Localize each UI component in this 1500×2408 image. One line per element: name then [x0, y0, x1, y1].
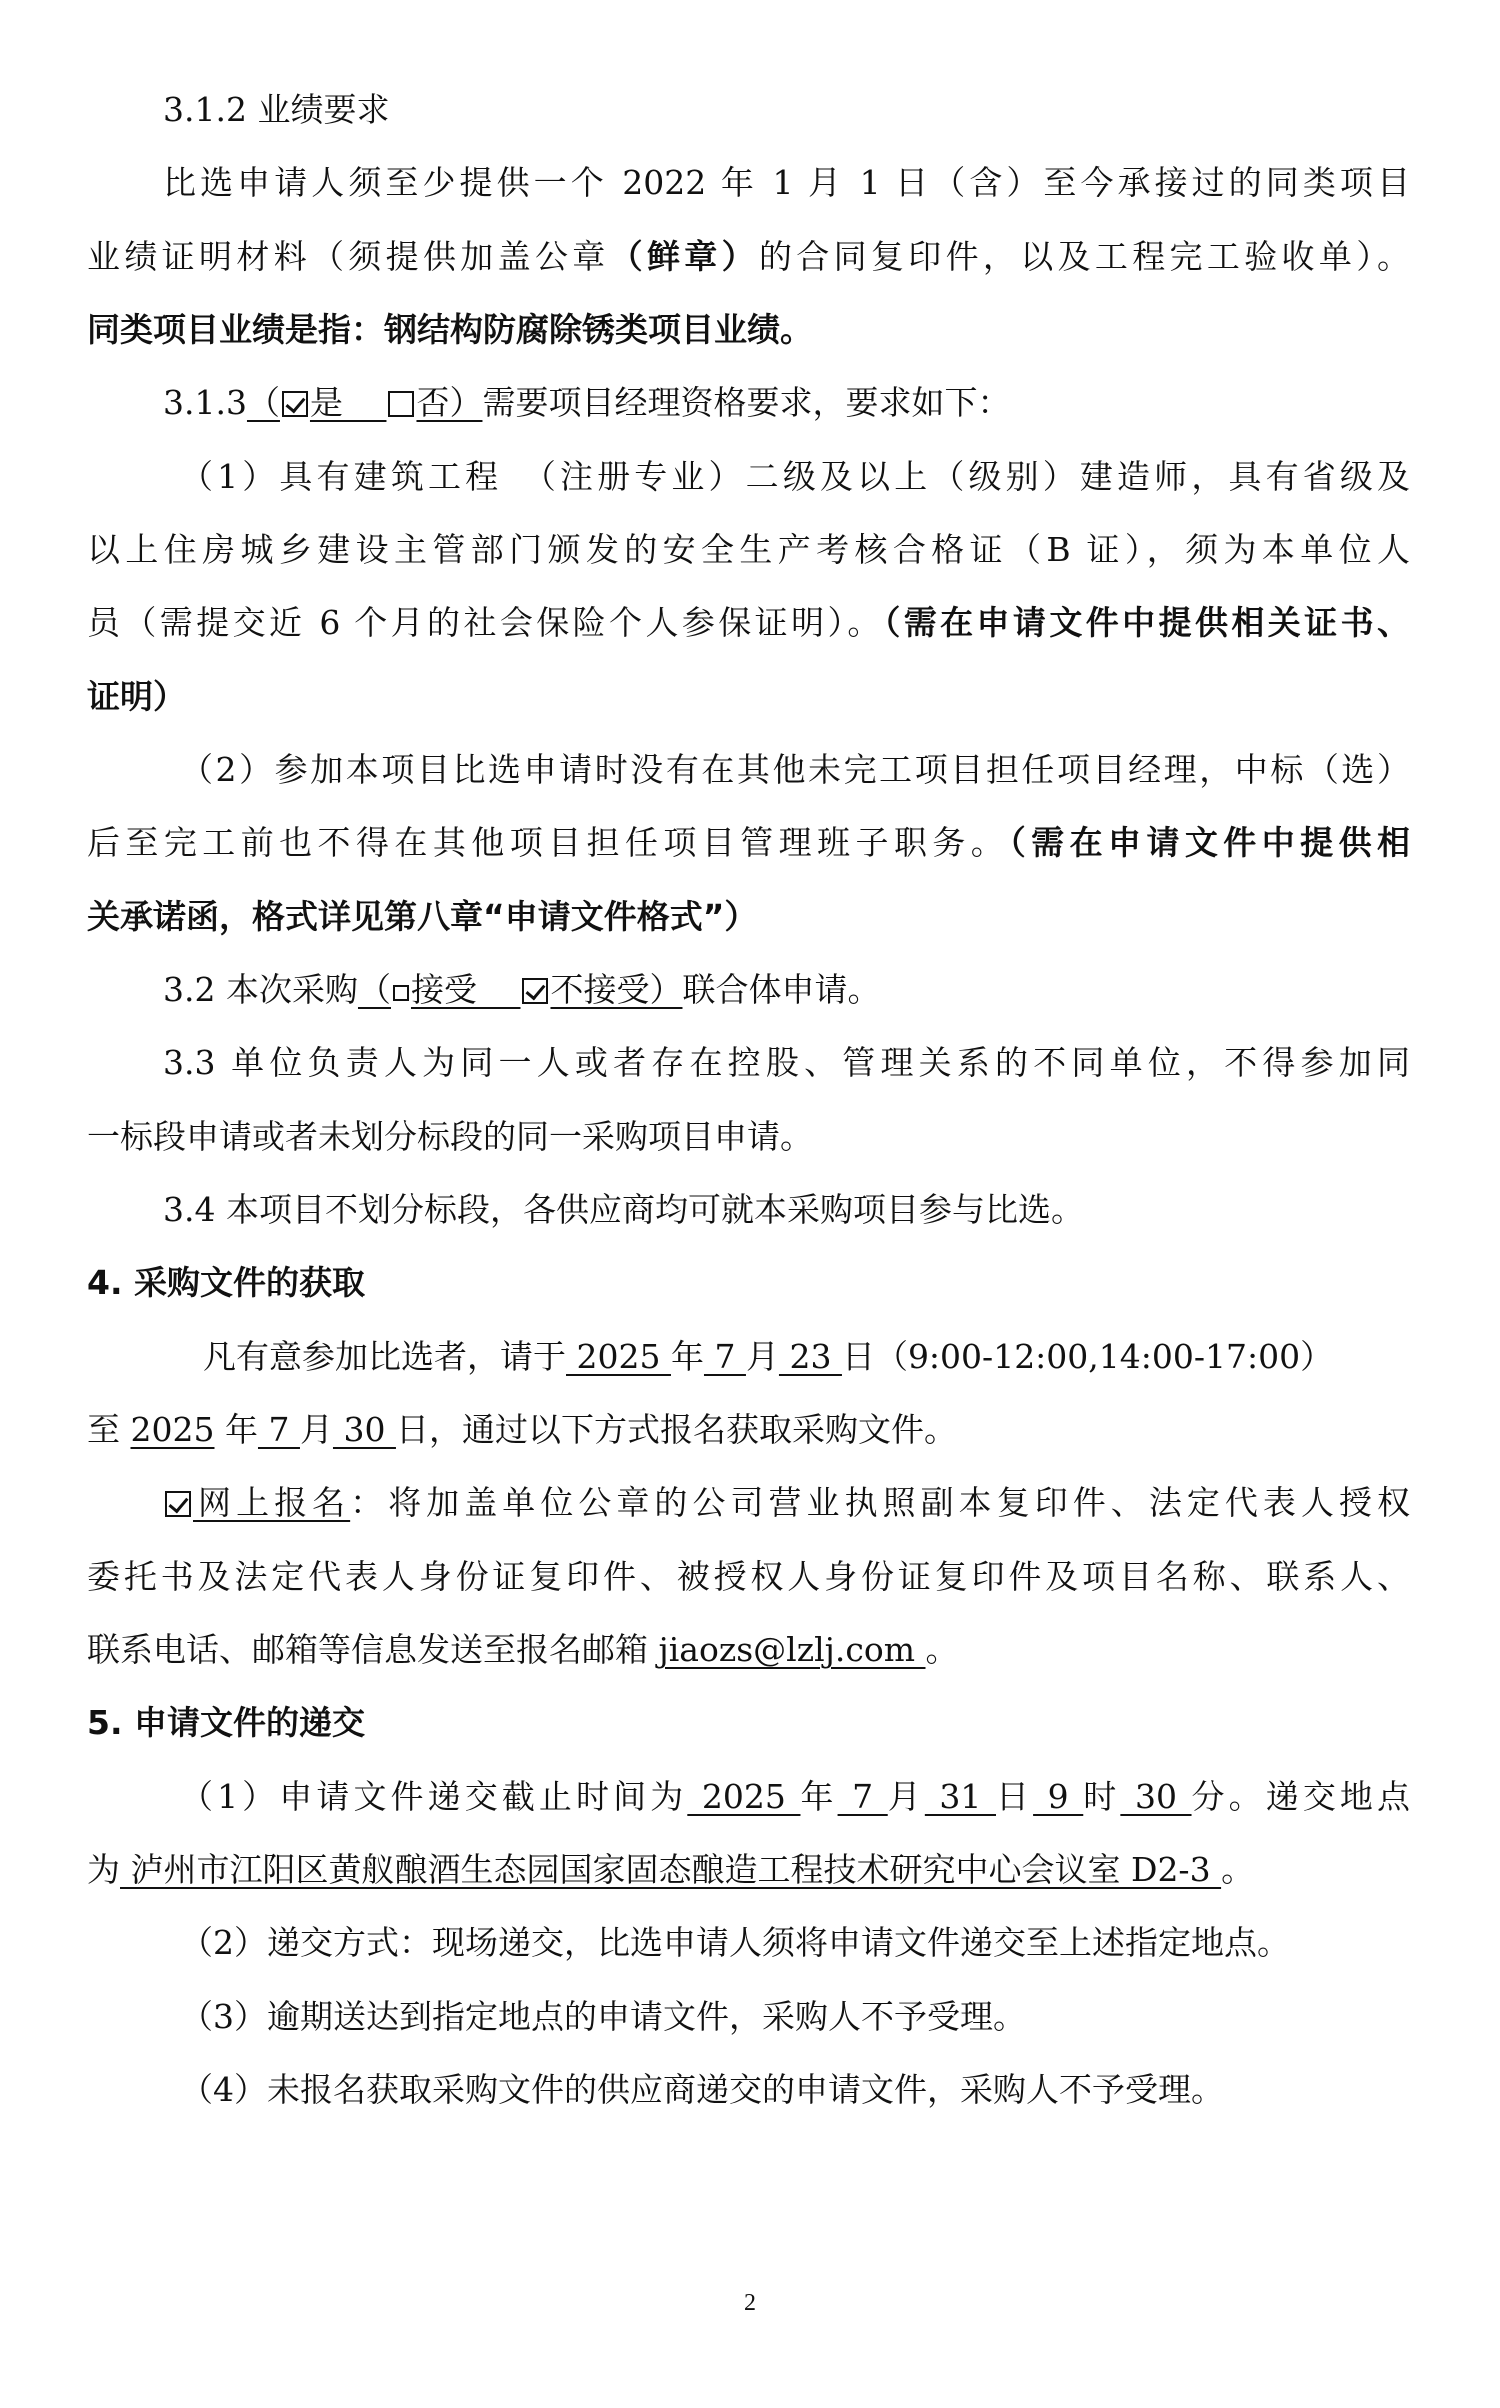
text-segment: 年: [214, 1410, 258, 1449]
checkbox-checked-icon: [165, 1491, 191, 1517]
text-segment: （1）具有建筑工程 （注册专业）二级及以上（级别）建造师，具有省级及: [180, 457, 1410, 496]
bold-text: （鲜章）: [610, 237, 759, 276]
underlined-field: 2025: [687, 1777, 800, 1816]
bold-text: （需在申请文件中提供相关证书、: [884, 603, 1410, 642]
para-5-1-1: （1）申请文件递交截止时间为 2025 年 7 月 31 日 9 时 30 分。…: [180, 1773, 1410, 1821]
text-segment: 联系电话、邮箱等信息发送至报名邮箱: [87, 1630, 659, 1669]
bold-text: 5. 申请文件的递交: [87, 1703, 365, 1742]
para-4-2: 至 2025 年 7 月 30 日，通过以下方式报名获取采购文件。: [87, 1406, 957, 1454]
text-segment: （1）申请文件递交截止时间为: [180, 1777, 687, 1816]
text-segment: 后至完工前也不得在其他项目担任项目管理班子职务。: [87, 823, 1009, 862]
underlined-field: 是: [310, 383, 387, 422]
text-segment: 日（9:00-12:00,14:00-17:00）: [842, 1337, 1333, 1376]
text-segment: 业绩证明材料（须提供加盖公章: [87, 237, 610, 276]
text-segment: 3.3 单位负责人为同一人或者存在控股、管理关系的不同单位，不得参加同: [163, 1043, 1410, 1082]
para-5-3: （3）逾期送达到指定地点的申请文件，采购人不予受理。: [180, 1993, 1026, 2041]
underlined-field: 7: [704, 1337, 746, 1376]
text-segment: 委托书及法定代表人身份证复印件、被授权人身份证复印件及项目名称、联系人、: [87, 1557, 1410, 1596]
underlined-field: 接受: [411, 970, 521, 1009]
text-segment: 凡有意参加比选者，请于: [203, 1337, 566, 1376]
para-pm-1-4: 证明）: [87, 673, 186, 721]
para-5-1-2: 为 泸州市江阳区黄舣酿酒生态园国家固态酿造工程技术研究中心会议室 D2-3 。: [87, 1846, 1254, 1894]
para-5-2: （2）递交方式：现场递交，比选申请人须将申请文件递交至上述指定地点。: [180, 1919, 1290, 1967]
heading-section-5: 5. 申请文件的递交: [87, 1699, 365, 1747]
para-pm-1-1: （1）具有建筑工程 （注册专业）二级及以上（级别）建造师，具有省级及: [180, 453, 1410, 501]
underlined-field: 31: [925, 1777, 996, 1816]
bold-text: 关承诺函，格式详见第八章“申请文件格式”）: [87, 897, 757, 936]
checkbox-empty-icon: [388, 391, 414, 417]
para-5-4: （4）未报名获取采购文件的供应商递交的申请文件，采购人不予受理。: [180, 2066, 1224, 2114]
underlined-field: 7: [838, 1777, 888, 1816]
underlined-field: 30: [333, 1410, 396, 1449]
bold-text: （需在申请文件中提供相: [1009, 823, 1410, 862]
underlined-field: 9: [1033, 1777, 1083, 1816]
text-segment: 分。递交地点: [1192, 1777, 1410, 1816]
underlined-field: （: [247, 383, 280, 422]
checkbox-checked-icon: [522, 978, 548, 1004]
underlined-checkbox: [391, 970, 411, 1009]
para-pm-2-2: 后至完工前也不得在其他项目担任项目管理班子职务。（需在申请文件中提供相: [87, 819, 1410, 867]
text-segment: 时: [1083, 1777, 1120, 1816]
para-pm-1-3: 员（需提交近 6 个月的社会保险个人参保证明）。（需在申请文件中提供相关证书、: [87, 599, 1410, 647]
bold-text: 4. 采购文件的获取: [87, 1263, 365, 1302]
text-segment: 的合同复印件，以及工程完工验收单）。: [759, 237, 1410, 276]
text-segment: 为: [87, 1850, 120, 1889]
para-pm-2-1: （2）参加本项目比选申请时没有在其他未完工项目担任项目经理，中标（选）: [180, 746, 1410, 794]
para-performance-1: 比选申请人须至少提供一个 2022 年 1 月 1 日（含）至今承接过的同类项目: [163, 159, 1410, 207]
para-4-online-1: 网上报名：将加盖单位公章的公司营业执照副本复印件、法定代表人授权: [163, 1479, 1410, 1527]
text-segment: 员（需提交近 6 个月的社会保险个人参保证明）。: [87, 603, 884, 642]
text-segment: （2）递交方式：现场递交，比选申请人须将申请文件递交至上述指定地点。: [180, 1923, 1290, 1962]
text-segment: （4）未报名获取采购文件的供应商递交的申请文件，采购人不予受理。: [180, 2070, 1224, 2109]
checkbox-empty-icon: [393, 985, 409, 1001]
text-segment: 年: [800, 1777, 837, 1816]
para-4-1: 凡有意参加比选者，请于 2025 年 7 月 23 日（9:00-12:00,1…: [203, 1333, 1333, 1381]
para-3-4: 3.4 本项目不划分标段，各供应商均可就本采购项目参与比选。: [163, 1186, 1084, 1234]
para-pm-2-3: 关承诺函，格式详见第八章“申请文件格式”）: [87, 893, 757, 941]
heading-3-1-3: 3.1.3（是 否）需要项目经理资格要求，要求如下：: [163, 379, 1010, 427]
text-segment: ：将加盖单位公章的公司营业执照副本复印件、法定代表人授权: [350, 1483, 1410, 1522]
text-segment: 3.2 本次采购: [163, 970, 358, 1009]
para-4-online-2: 委托书及法定代表人身份证复印件、被授权人身份证复印件及项目名称、联系人、: [87, 1553, 1410, 1601]
text-segment: 联合体申请。: [682, 970, 880, 1009]
text-segment: 。: [1221, 1850, 1254, 1889]
text-segment: 3.4 本项目不划分标段，各供应商均可就本采购项目参与比选。: [163, 1190, 1084, 1229]
underlined-field: 泸州市江阳区黄舣酿酒生态园国家固态酿造工程技术研究中心会议室 D2-3: [120, 1850, 1221, 1889]
para-3-3-2: 一标段申请或者未划分标段的同一采购项目申请。: [87, 1113, 813, 1161]
heading-section-4: 4. 采购文件的获取: [87, 1259, 365, 1307]
heading-3-1-2: 3.1.2 业绩要求: [163, 86, 389, 134]
text-segment: 日，通过以下方式报名获取采购文件。: [396, 1410, 957, 1449]
text-segment: 年: [671, 1337, 704, 1376]
underlined-field: 网上报名: [193, 1483, 350, 1522]
text-segment: 需要项目经理资格要求，要求如下：: [482, 383, 1010, 422]
text-segment: 至: [87, 1410, 131, 1449]
para-4-online-3: 联系电话、邮箱等信息发送至报名邮箱 jiaozs@lzlj.com 。: [87, 1626, 959, 1674]
document-page: 2 3.1.2 业绩要求比选申请人须至少提供一个 2022 年 1 月 1 日（…: [0, 0, 1500, 2408]
para-performance-2: 业绩证明材料（须提供加盖公章（鲜章）的合同复印件，以及工程完工验收单）。: [87, 233, 1410, 281]
para-3-3-1: 3.3 单位负责人为同一人或者存在控股、管理关系的不同单位，不得参加同: [163, 1039, 1410, 1087]
text-segment: 比选申请人须至少提供一个 2022 年 1 月 1 日（含）至今承接过的同类项目: [163, 163, 1410, 202]
para-3-2: 3.2 本次采购（接受 不接受）联合体申请。: [163, 966, 880, 1014]
para-performance-3: 同类项目业绩是指：钢结构防腐除锈类项目业绩。: [87, 306, 813, 354]
text-segment: 月: [746, 1337, 779, 1376]
underlined-checkbox: [280, 383, 310, 422]
bold-text: 同类项目业绩是指：钢结构防腐除锈类项目业绩。: [87, 310, 813, 349]
underlined-checkbox: [163, 1483, 193, 1522]
para-pm-1-2: 以上住房城乡建设主管部门颁发的安全生产考核合格证（B 证），须为本单位人: [87, 526, 1410, 574]
text-segment: （3）逾期送达到指定地点的申请文件，采购人不予受理。: [180, 1997, 1026, 2036]
bold-text: 证明）: [87, 677, 186, 716]
underlined-checkbox: [520, 970, 550, 1009]
text-segment: 月: [300, 1410, 333, 1449]
text-segment: 月: [888, 1777, 925, 1816]
underlined-field: 2025: [566, 1337, 671, 1376]
text-segment: 3.1.3: [163, 383, 247, 422]
underlined-field: 7: [258, 1410, 300, 1449]
underlined-field: 不接受）: [550, 970, 682, 1009]
underlined-field: 30: [1120, 1777, 1191, 1816]
text-segment: 一标段申请或者未划分标段的同一采购项目申请。: [87, 1117, 813, 1156]
underlined-field: 23: [779, 1337, 842, 1376]
page-number: 2: [0, 2290, 1500, 2317]
text-segment: 以上住房城乡建设主管部门颁发的安全生产考核合格证（B 证），须为本单位人: [87, 530, 1410, 569]
text-segment: 。: [926, 1630, 959, 1669]
underlined-field: jiaozs@lzlj.com: [659, 1630, 926, 1669]
underlined-field: （: [358, 970, 391, 1009]
underlined-field: 2025: [131, 1410, 215, 1449]
checkbox-checked-icon: [282, 391, 308, 417]
text-segment: （2）参加本项目比选申请时没有在其他未完工项目担任项目经理，中标（选）: [180, 750, 1410, 789]
text-segment: 3.1.2 业绩要求: [163, 90, 389, 129]
text-segment: 日: [996, 1777, 1033, 1816]
underlined-checkbox: [386, 383, 416, 422]
underlined-field: 否）: [416, 383, 482, 422]
